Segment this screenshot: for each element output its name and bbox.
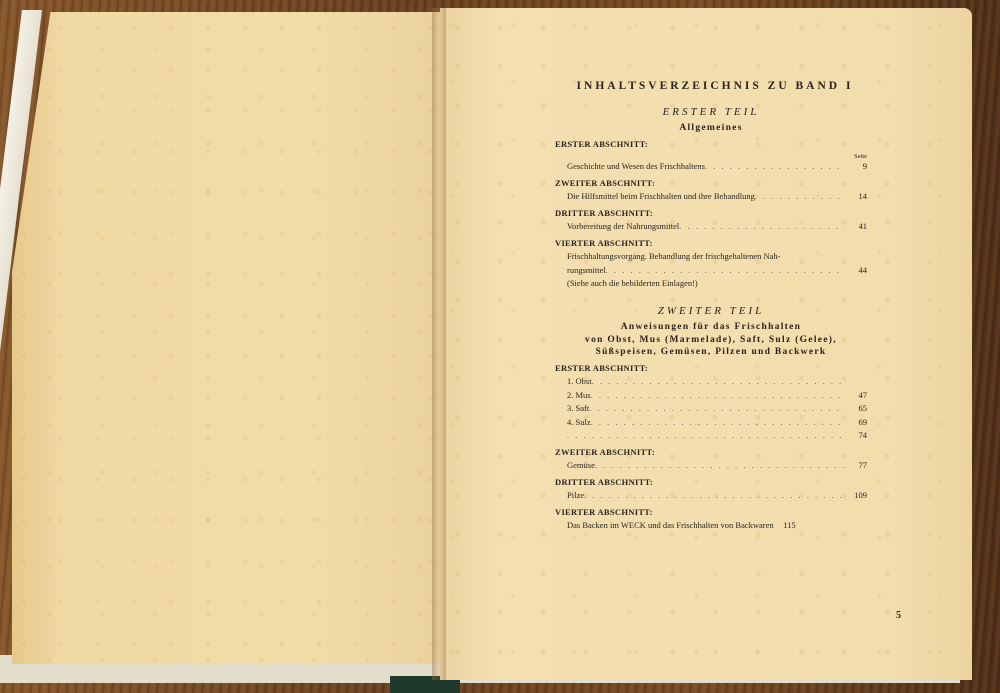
toc-entry-line: Frischhaltungsvorgang. Behandlung der fr… bbox=[555, 250, 867, 264]
page-ref: 44 bbox=[845, 264, 867, 278]
toc-entry: Das Backen im WECK und das Frischhalten … bbox=[555, 519, 867, 533]
leader-dots bbox=[755, 190, 845, 204]
page-ref: 41 bbox=[845, 220, 867, 234]
page-ref: 115 bbox=[774, 519, 796, 533]
page-ref: 14 bbox=[845, 190, 867, 204]
toc-entry: Pilze 109 bbox=[555, 489, 867, 503]
part1-subtitle: Allgemeines bbox=[555, 122, 867, 135]
page-number: 5 bbox=[896, 610, 901, 621]
page-ref: 77 bbox=[845, 459, 867, 473]
leader-dots bbox=[567, 429, 845, 443]
section-heading: ZWEITER ABSCHNITT: bbox=[555, 177, 867, 191]
left-page-blank bbox=[12, 12, 440, 664]
part2-subtitle-line: Süßspeisen, Gemüsen, Pilzen und Backwerk bbox=[555, 346, 867, 359]
toc-title: INHALTSVERZEICHNIS ZU BAND I bbox=[563, 80, 867, 94]
part2-subtitle-line: Anweisungen für das Frischhalten bbox=[555, 321, 867, 334]
leader-dots bbox=[591, 416, 845, 430]
page-ref: 109 bbox=[845, 489, 867, 503]
leader-dots bbox=[589, 402, 845, 416]
leader-dots bbox=[679, 220, 845, 234]
toc-entry: 4. Sulz 69 bbox=[555, 416, 867, 430]
page-ref: 69 bbox=[845, 416, 867, 430]
section-heading: ERSTER ABSCHNITT: bbox=[555, 362, 867, 376]
toc-entry: 1. Obst bbox=[555, 375, 867, 389]
section-heading: DRITTER ABSCHNITT: bbox=[555, 476, 867, 490]
section-heading: VIERTER ABSCHNITT: bbox=[555, 506, 867, 520]
page-ref: 74 bbox=[845, 429, 867, 443]
toc-entry: Geschichte und Wesen des Frischhaltens 9 bbox=[555, 160, 867, 174]
toc-entry: Gemüse 77 bbox=[555, 459, 867, 473]
toc-entry: 2. Mus 47 bbox=[555, 389, 867, 403]
page-ref: 65 bbox=[845, 402, 867, 416]
seite-label: Seite bbox=[555, 153, 867, 160]
page-ref: 9 bbox=[845, 160, 867, 174]
leader-dots bbox=[606, 264, 845, 278]
part1-title: ERSTER TEIL bbox=[555, 106, 867, 120]
toc-entry: 3. Saft 65 bbox=[555, 402, 867, 416]
toc-entry: Die Hilfsmittel beim Frischhalten und ih… bbox=[555, 190, 867, 204]
page-ref: 47 bbox=[845, 389, 867, 403]
toc-entry: 74 bbox=[555, 429, 867, 443]
section-heading: VIERTER ABSCHNITT: bbox=[555, 237, 867, 251]
toc-entry: rungsmittel 44 bbox=[555, 264, 867, 278]
section-heading: ERSTER ABSCHNITT: bbox=[555, 138, 867, 152]
section-heading: ZWEITER ABSCHNITT: bbox=[555, 446, 867, 460]
table-of-contents: INHALTSVERZEICHNIS ZU BAND I ERSTER TEIL… bbox=[555, 80, 867, 533]
toc-entry: Vorbereitung der Nahrungsmittel 41 bbox=[555, 220, 867, 234]
leader-dots bbox=[592, 375, 845, 389]
section-heading: DRITTER ABSCHNITT: bbox=[555, 207, 867, 221]
leader-dots bbox=[584, 489, 845, 503]
toc-note: (Siehe auch die bebilderten Einlagen!) bbox=[555, 277, 867, 291]
leader-dots bbox=[591, 389, 845, 403]
part2-title: ZWEITER TEIL bbox=[555, 305, 867, 319]
leader-dots bbox=[705, 160, 845, 174]
leader-dots bbox=[595, 459, 845, 473]
part2-subtitle-line: von Obst, Mus (Marmelade), Saft, Sulz (G… bbox=[555, 334, 867, 347]
page-gutter bbox=[432, 8, 446, 680]
